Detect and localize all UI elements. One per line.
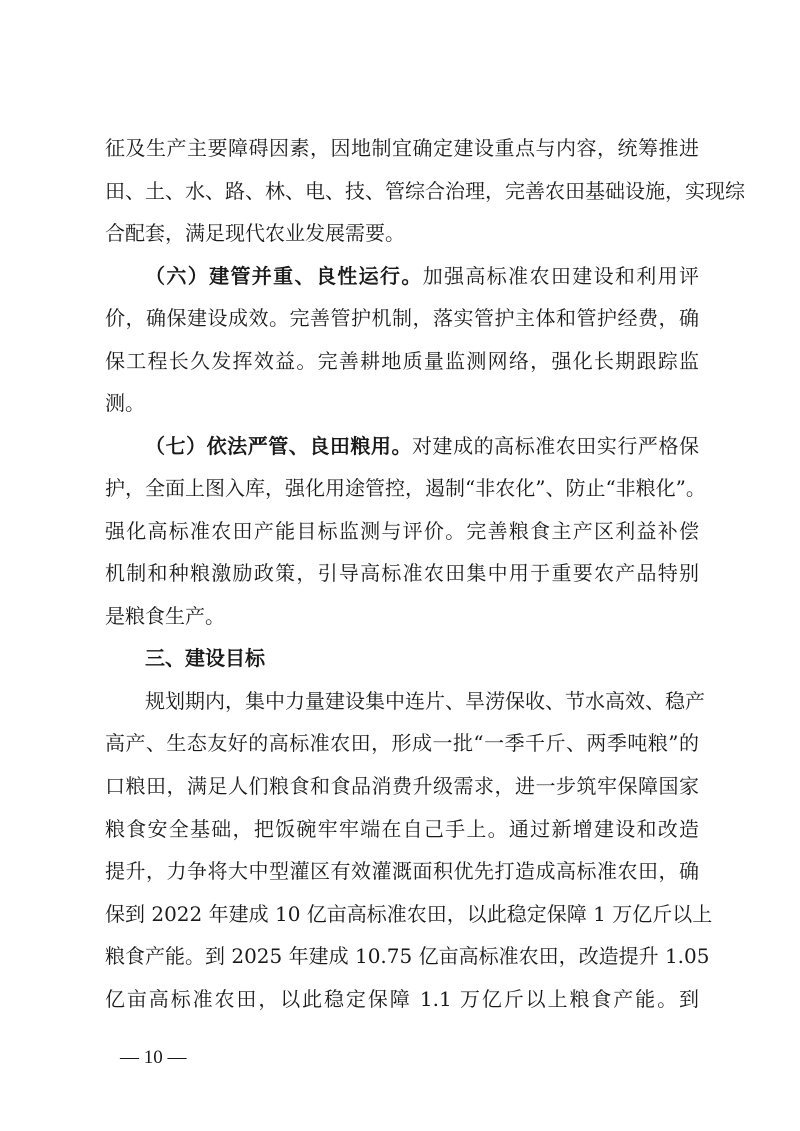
item-7-text: 对建成的高标准农田实行严格保 [412, 434, 699, 458]
text-line: 保到 2022 年建成 10 亿亩高标准农田，以此稳定保障 1 万亿斤以上 [105, 899, 699, 929]
text-line: 粮食产能。到 2025 年建成 10.75 亿亩高标准农田，改造提升 1.05 [105, 941, 699, 971]
item-6-label: （六）建管并重、良性运行。 [145, 264, 423, 288]
section-heading: 三、建设目标 [145, 643, 265, 673]
text-line: 强化高标准农田产能目标监测与评价。完善粮食主产区利益补偿 [105, 516, 699, 546]
text-line: 机制和种粮激励政策，引导高标准农田集中用于重要农产品特别 [105, 558, 699, 588]
text-line: 粮食安全基础，把饭碗牢牢端在自己手上。通过新增建设和改造 [105, 814, 699, 844]
text-line: 保工程长久发挥效益。完善耕地质量监测网络，强化长期跟踪监 [105, 346, 699, 376]
text-line: 征及生产主要障碍因素，因地制宜确定建设重点与内容，统筹推进 [105, 133, 699, 163]
item-6-text: 加强高标准农田建设和利用评 [423, 264, 699, 288]
text-line: 田、土、水、路、林、电、技、管综合治理，完善农田基础设施，实现综 [105, 176, 699, 206]
item-6-first-line: （六）建管并重、良性运行。加强高标准农田建设和利用评 [145, 261, 699, 291]
text-line: 价，确保建设成效。完善管护机制，落实管护主体和管护经费，确 [105, 303, 699, 333]
text-line: 提升，力争将大中型灌区有效灌溉面积优先打造成高标准农田，确 [105, 856, 699, 886]
text-line: 规划期内，集中力量建设集中连片、旱涝保收、节水高效、稳产 [145, 686, 699, 716]
text-line: 是粮食生产。 [105, 601, 699, 631]
text-line: 合配套，满足现代农业发展需要。 [105, 218, 699, 248]
text-line: 护，全面上图入库，强化用途管控，遏制“非农化”、防止“非粮化”。 [105, 473, 699, 503]
item-7-label: （七）依法严管、良田粮用。 [145, 434, 412, 458]
text-line: 口粮田，满足人们粮食和食品消费升级需求，进一步筑牢保障国家 [105, 771, 699, 801]
page-number: — 10 — [120, 1043, 187, 1073]
item-7-first-line: （七）依法严管、良田粮用。对建成的高标准农田实行严格保 [145, 431, 699, 461]
text-line: 亿亩高标准农田，以此稳定保障 1.1 万亿斤以上粮食产能。到 [105, 984, 699, 1014]
text-line: 测。 [105, 388, 699, 418]
text-line: 高产、生态友好的高标准农田，形成一批“一季千斤、两季吨粮”的 [105, 728, 699, 758]
document-page: 征及生产主要障碍因素，因地制宜确定建设重点与内容，统筹推进 田、土、水、路、林、… [0, 0, 800, 1131]
